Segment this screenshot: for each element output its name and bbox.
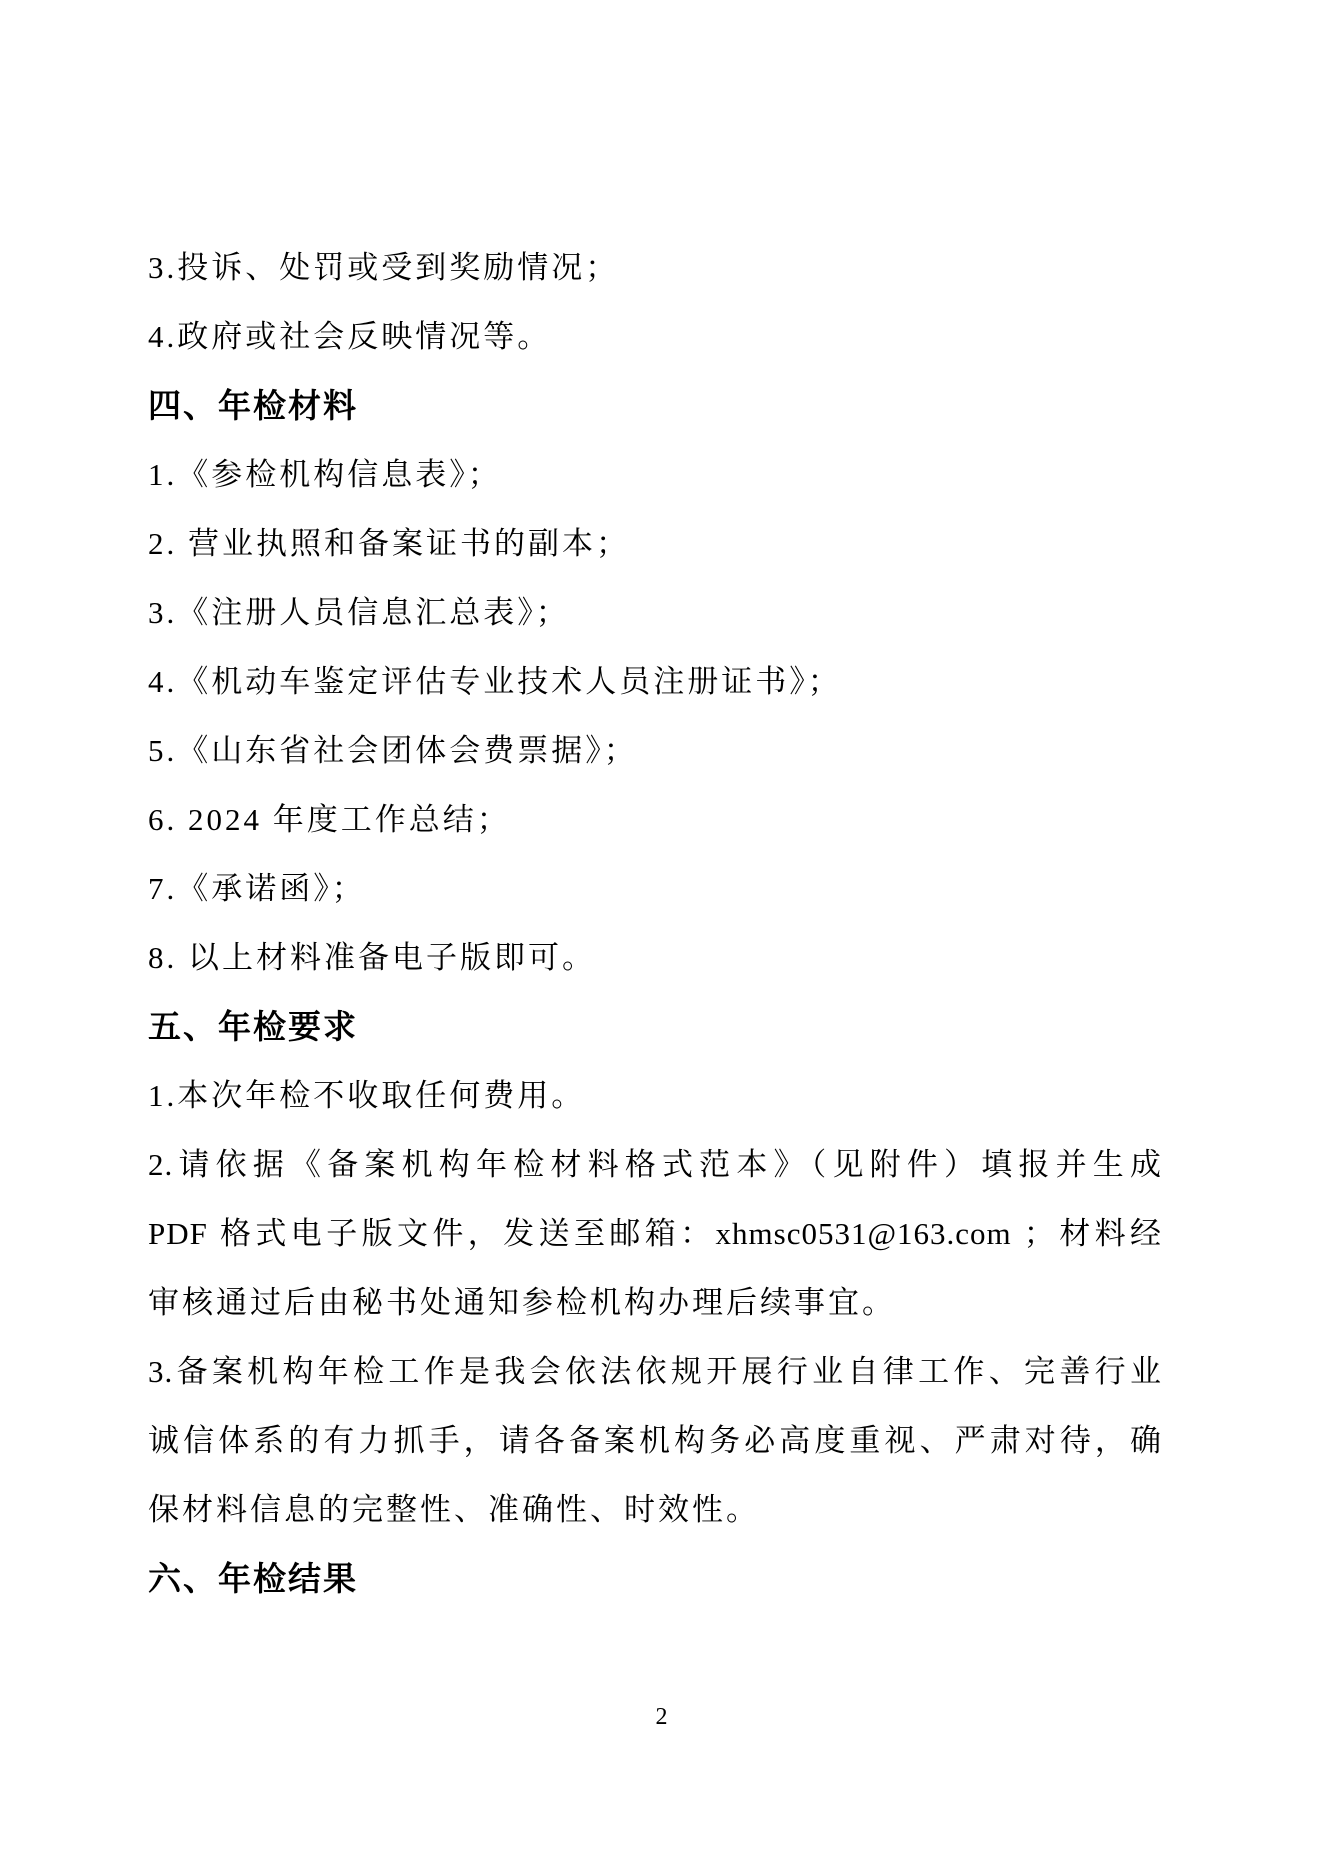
paragraph-line: 6. 2024 年度工作总结； (148, 785, 1162, 854)
section-heading: 五、年检要求 (148, 992, 1162, 1061)
paragraph: 3.投诉、处罚或受到奖励情况； (148, 233, 1162, 302)
paragraph: 5.《山东省社会团体会费票据》； (148, 716, 1162, 785)
paragraph: 1.本次年检不收取任何费用。 (148, 1061, 1162, 1130)
page-number: 2 (0, 1702, 1323, 1732)
paragraph-line: 保材料信息的完整性、准确性、时效性。 (148, 1475, 1162, 1544)
paragraph-line: 2. 营业执照和备案证书的副本； (148, 509, 1162, 578)
paragraph-line: 7.《承诺函》； (148, 854, 1162, 923)
document-content: 3.投诉、处罚或受到奖励情况；4.政府或社会反映情况等。四、年检材料1.《参检机… (148, 233, 1162, 1613)
paragraph-line: 3.备案机构年检工作是我会依法依规开展行业自律工作、完善行业 (148, 1337, 1162, 1406)
paragraph: 4.《机动车鉴定评估专业技术人员注册证书》； (148, 647, 1162, 716)
paragraph: 3.《注册人员信息汇总表》； (148, 578, 1162, 647)
paragraph: 3.备案机构年检工作是我会依法依规开展行业自律工作、完善行业诚信体系的有力抓手，… (148, 1337, 1162, 1544)
paragraph: 2. 营业执照和备案证书的副本； (148, 509, 1162, 578)
paragraph: 7.《承诺函》； (148, 854, 1162, 923)
paragraph: 8. 以上材料准备电子版即可。 (148, 923, 1162, 992)
section-heading-text: 四、年检材料 (148, 371, 1162, 440)
paragraph-line: 8. 以上材料准备电子版即可。 (148, 923, 1162, 992)
paragraph: 1.《参检机构信息表》； (148, 440, 1162, 509)
section-heading: 四、年检材料 (148, 371, 1162, 440)
section-heading: 六、年检结果 (148, 1544, 1162, 1613)
paragraph-line: 1.本次年检不收取任何费用。 (148, 1061, 1162, 1130)
paragraph-line: 3.投诉、处罚或受到奖励情况； (148, 233, 1162, 302)
paragraph: 6. 2024 年度工作总结； (148, 785, 1162, 854)
paragraph-line: 4.《机动车鉴定评估专业技术人员注册证书》； (148, 647, 1162, 716)
paragraph: 4.政府或社会反映情况等。 (148, 302, 1162, 371)
paragraph-line: 1.《参检机构信息表》； (148, 440, 1162, 509)
paragraph-line: PDF 格式电子版文件，发送至邮箱：xhmsc0531@163.com ；材料经 (148, 1199, 1162, 1268)
document-page: 3.投诉、处罚或受到奖励情况；4.政府或社会反映情况等。四、年检材料1.《参检机… (0, 0, 1323, 1871)
paragraph-line: 审核通过后由秘书处通知参检机构办理后续事宜。 (148, 1268, 1162, 1337)
paragraph-line: 2.请依据《备案机构年检材料格式范本》（见附件）填报并生成 (148, 1130, 1162, 1199)
paragraph-line: 4.政府或社会反映情况等。 (148, 302, 1162, 371)
paragraph: 2.请依据《备案机构年检材料格式范本》（见附件）填报并生成PDF 格式电子版文件… (148, 1130, 1162, 1337)
section-heading-text: 六、年检结果 (148, 1544, 1162, 1613)
paragraph-line: 诚信体系的有力抓手，请各备案机构务必高度重视、严肃对待，确 (148, 1406, 1162, 1475)
section-heading-text: 五、年检要求 (148, 992, 1162, 1061)
paragraph-line: 5.《山东省社会团体会费票据》； (148, 716, 1162, 785)
paragraph-line: 3.《注册人员信息汇总表》； (148, 578, 1162, 647)
